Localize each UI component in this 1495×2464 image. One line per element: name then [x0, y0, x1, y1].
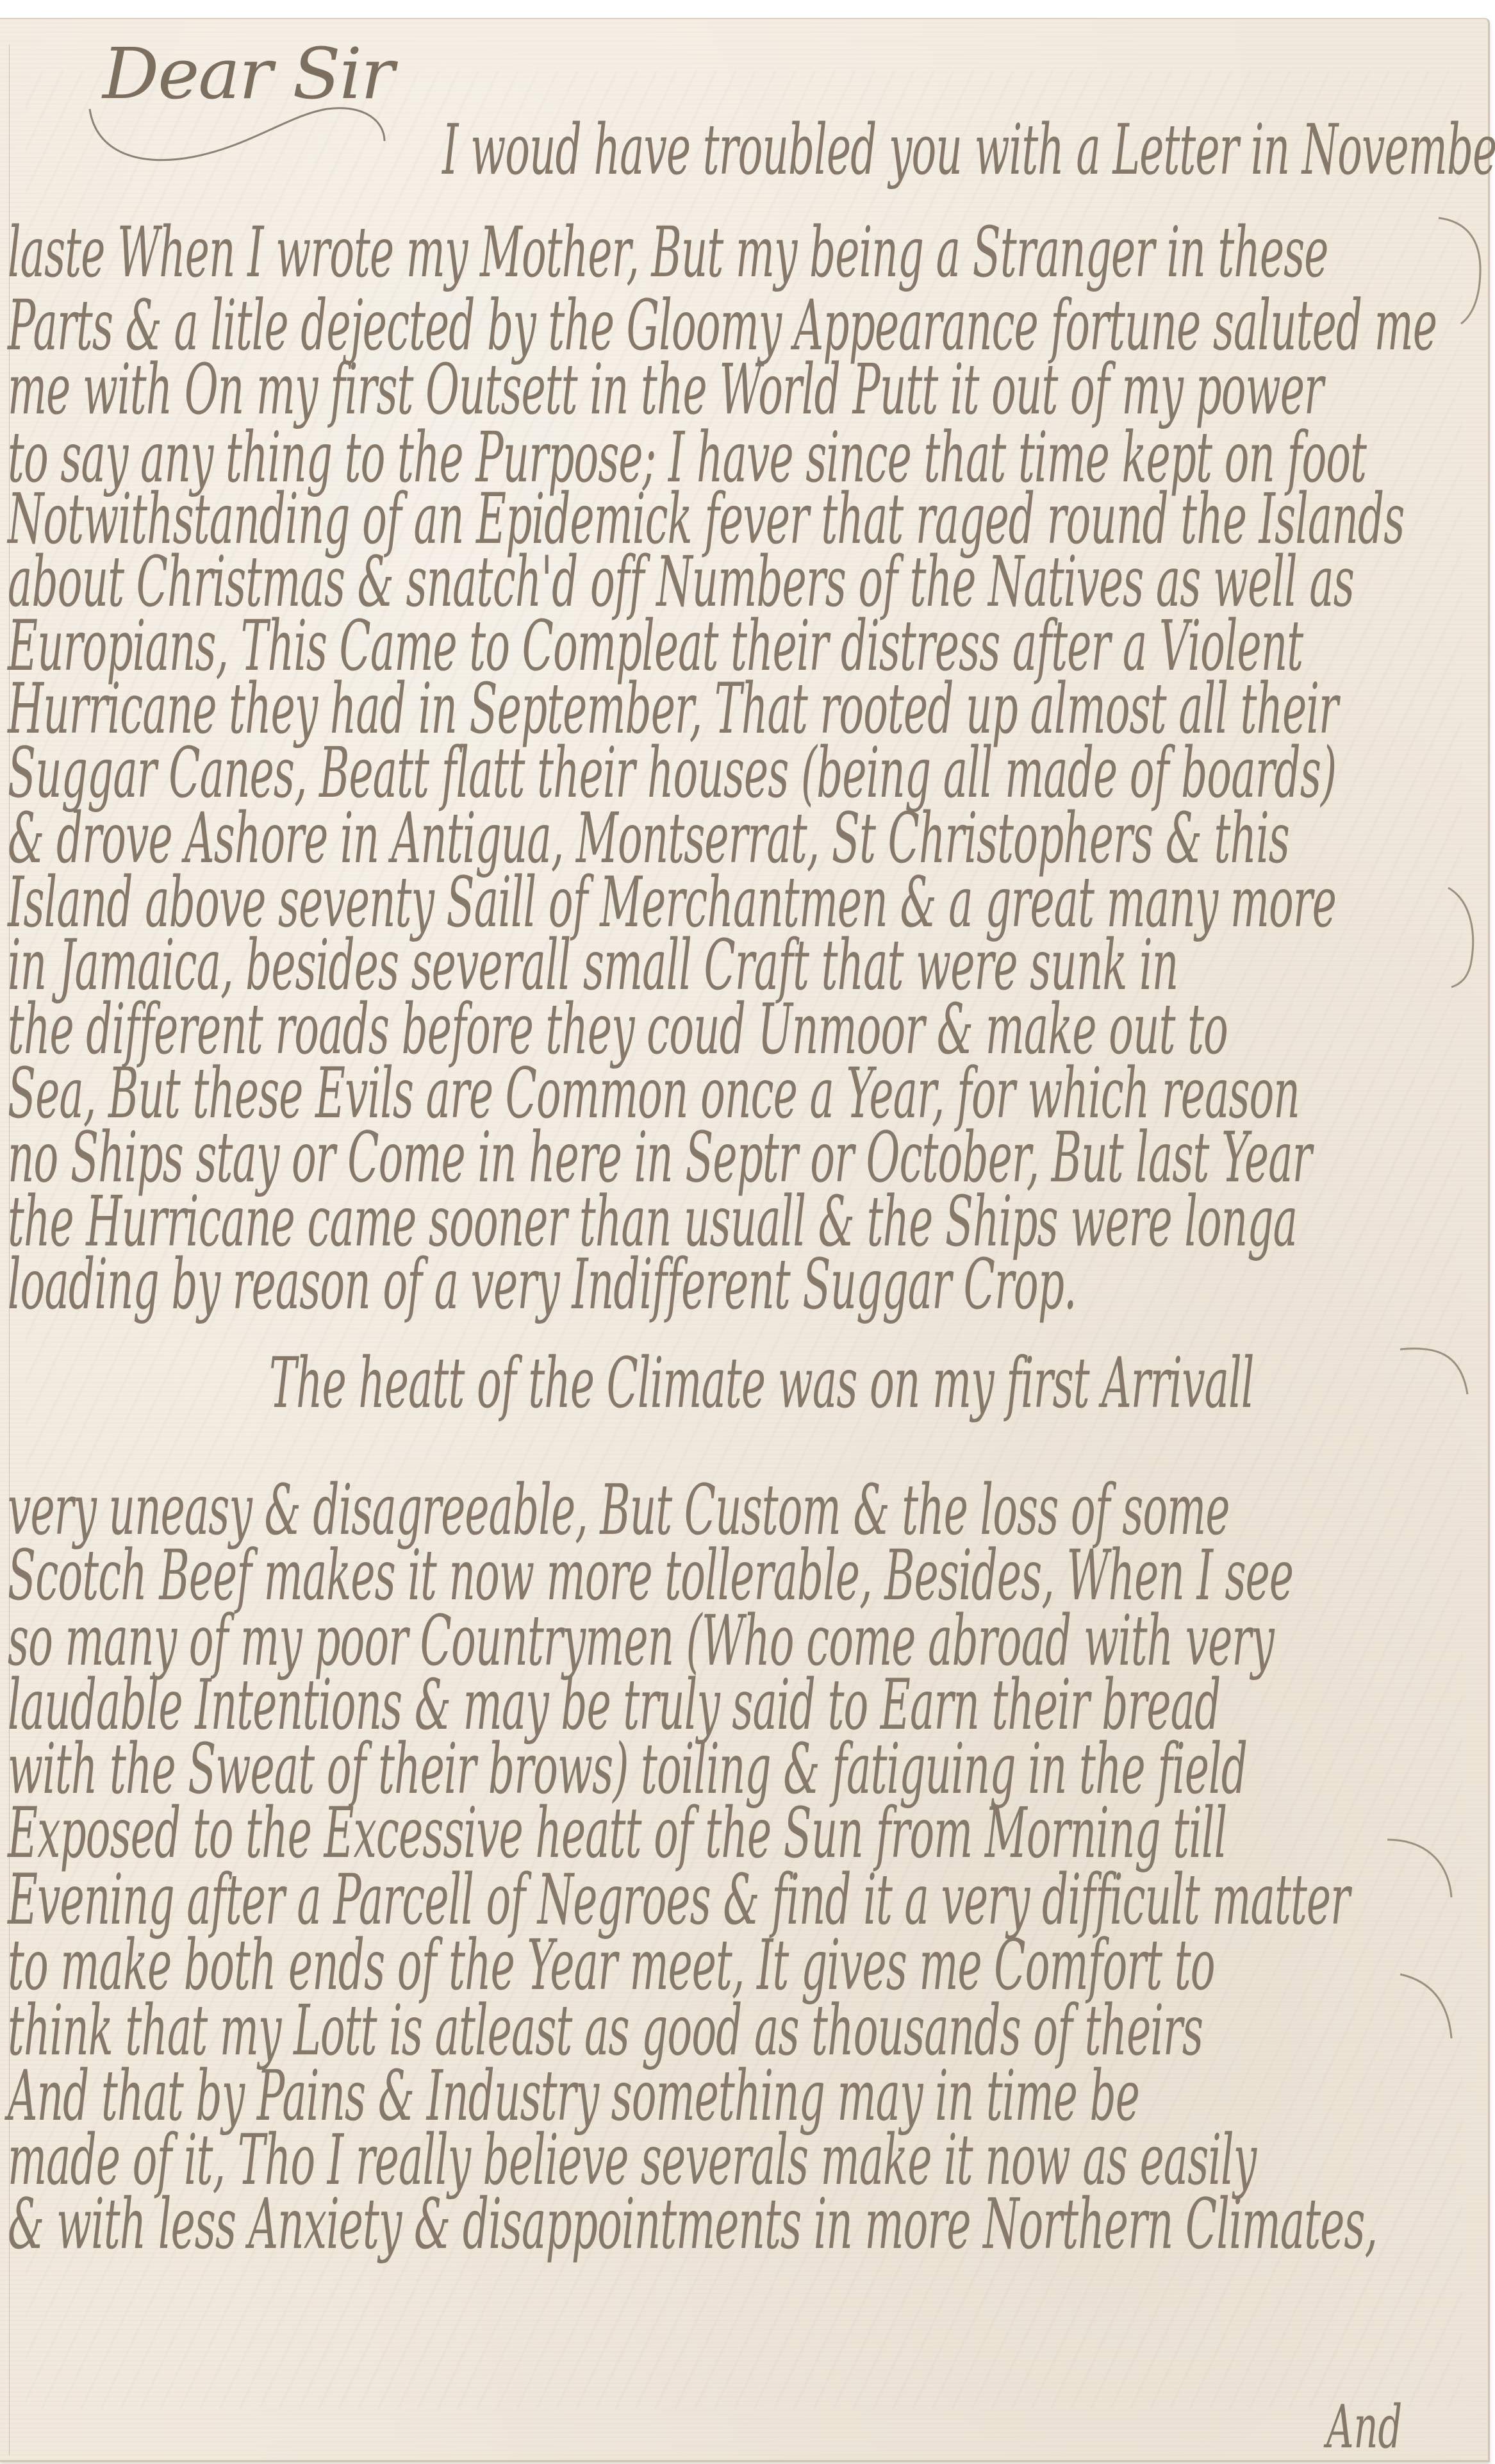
letter-line: laste When I wrote my Mother, But my bei…: [8, 218, 1364, 288]
salutation-swash-icon: [83, 96, 391, 186]
letter-line: I woud have troubled you with a Letter i…: [442, 115, 1495, 185]
letter-line: me with On my first Outsett in the World…: [8, 355, 1364, 425]
letter-body: Dear Sir I woud have troubled you with a…: [0, 19, 1488, 2460]
letter-page: Dear Sir I woud have troubled you with a…: [0, 18, 1490, 2462]
letter-line: The heatt of the Climate was on my first…: [269, 1349, 1495, 1419]
letter-line: loading by reason of a very Indifferent …: [8, 1250, 1364, 1320]
catchword: And: [1326, 2398, 1402, 2458]
margin-flourish-icon: [1397, 1968, 1461, 2045]
margin-flourish-icon: [1435, 212, 1487, 327]
margin-flourish-icon: [1384, 1827, 1461, 1904]
margin-flourish-icon: [1445, 875, 1483, 990]
letter-line: & with less Anxiety & disappointments in…: [8, 2190, 1364, 2260]
letter-line: Exposed to the Excessive heatt of the Su…: [8, 1799, 1364, 1869]
